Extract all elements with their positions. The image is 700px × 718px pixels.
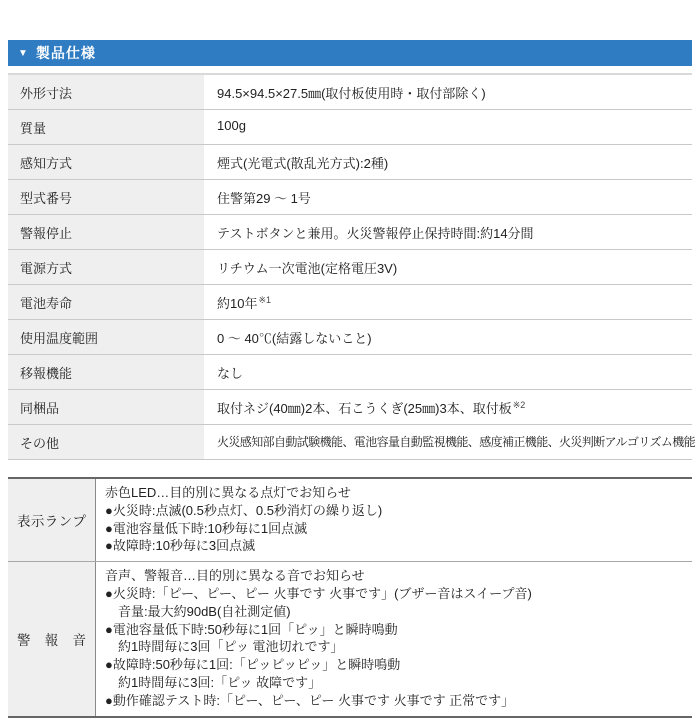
- spec-value: 100g: [204, 110, 692, 144]
- spec-value-text: 取付ネジ(40㎜)2本、石こうくぎ(25㎜)3本、取付板: [217, 401, 512, 416]
- spec-table: 外形寸法 94.5×94.5×27.5㎜(取付板使用時・取付部除く) 質量 10…: [8, 73, 692, 460]
- spec-label: 使用温度範囲: [8, 320, 204, 354]
- table-row-alarm-sound: 警報音 音声、警報音…目的別に異なる音でお知らせ ●火災時:「ピー、ピー、ピー …: [8, 561, 692, 715]
- table-row-other-functions: その他 火災感知部自動試験機能、電池容量自動監視機能、感度補正機能、火災判断アル…: [8, 425, 692, 460]
- detail-line: ●電池容量低下時:50秒毎に1回「ピッ」と瞬時鳴動: [105, 621, 688, 639]
- detail-content: 赤色LED…目的別に異なる点灯でお知らせ ●火災時:点滅(0.5秒点灯、0.5秒…: [96, 479, 692, 561]
- detail-content: 音声、警報音…目的別に異なる音でお知らせ ●火災時:「ピー、ピー、ピー 火事です…: [96, 562, 692, 715]
- spec-label: 外形寸法: [8, 75, 204, 109]
- table-row-temperature-range: 使用温度範囲 0 ～ 40℃(結露しないこと): [8, 320, 692, 355]
- table-row-detection-method: 感知方式 煙式(光電式(散乱光方式):2種): [8, 145, 692, 180]
- table-row-model-number: 型式番号 住警第29 ～ 1号: [8, 180, 692, 215]
- spec-label: 電源方式: [8, 250, 204, 284]
- product-spec-page: ▼ 製品仕様 外形寸法 94.5×94.5×27.5㎜(取付板使用時・取付部除く…: [0, 0, 700, 718]
- triangle-down-icon: ▼: [18, 48, 29, 59]
- detail-line: 約1時間毎に3回:「ピッ 故障です」: [105, 674, 688, 692]
- detail-label: 警報音: [8, 562, 96, 715]
- detail-line: ●故障時:50秒毎に1回:「ピッピッピッ」と瞬時鳴動: [105, 656, 688, 674]
- spec-label: 電池寿命: [8, 285, 204, 319]
- detail-line: 音量:最大約90dB(自社測定値): [105, 603, 688, 621]
- spec-label: 同梱品: [8, 390, 204, 424]
- spec-value: 94.5×94.5×27.5㎜(取付板使用時・取付部除く): [204, 75, 692, 109]
- table-row-battery-life: 電池寿命 約10年※1: [8, 285, 692, 320]
- table-row-indicator-lamp: 表示ランプ 赤色LED…目的別に異なる点灯でお知らせ ●火災時:点滅(0.5秒点…: [8, 479, 692, 561]
- spec-value-text: 約10年: [217, 296, 257, 311]
- table-row-power-supply: 電源方式 リチウム一次電池(定格電圧3V): [8, 250, 692, 285]
- spec-value: 火災感知部自動試験機能、電池容量自動監視機能、感度補正機能、火災判断アルゴリズム…: [204, 425, 699, 459]
- detail-line: 音声、警報音…目的別に異なる音でお知らせ: [105, 567, 688, 585]
- table-row-included-items: 同梱品 取付ネジ(40㎜)2本、石こうくぎ(25㎜)3本、取付板※2: [8, 390, 692, 425]
- spec-value: 取付ネジ(40㎜)2本、石こうくぎ(25㎜)3本、取付板※2: [204, 390, 692, 424]
- detail-label: 表示ランプ: [8, 479, 96, 561]
- footnote-marker-1: ※1: [258, 295, 271, 305]
- section-header-product-spec[interactable]: ▼ 製品仕様: [8, 40, 692, 66]
- spec-value: 煙式(光電式(散乱光方式):2種): [204, 145, 692, 179]
- detail-line: ●火災時:点滅(0.5秒点灯、0.5秒消灯の繰り返し): [105, 502, 688, 520]
- spec-label: 質量: [8, 110, 204, 144]
- detail-line: ●火災時:「ピー、ピー、ピー 火事です 火事です」(ブザー音はスイープ音): [105, 585, 688, 603]
- spec-label: 型式番号: [8, 180, 204, 214]
- section-title: 製品仕様: [36, 43, 96, 63]
- table-row-alarm-stop: 警報停止 テストボタンと兼用。火災警報停止保持時間:約14分間: [8, 215, 692, 250]
- spec-value: リチウム一次電池(定格電圧3V): [204, 250, 692, 284]
- spec-label: 移報機能: [8, 355, 204, 389]
- detail-line: ●動作確認テスト時:「ピー、ピー、ピー 火事です 火事です 正常です」: [105, 692, 688, 710]
- table-row-relay-function: 移報機能 なし: [8, 355, 692, 390]
- spec-label: 警報停止: [8, 215, 204, 249]
- table-row-mass: 質量 100g: [8, 110, 692, 145]
- detail-label-text: 警報音: [17, 629, 86, 649]
- spec-value: 0 ～ 40℃(結露しないこと): [204, 320, 692, 354]
- detail-label-text: 表示ランプ: [17, 510, 86, 530]
- spec-value: なし: [204, 355, 692, 389]
- footnote-marker-2: ※2: [513, 400, 526, 410]
- detail-line: ●電池容量低下時:10秒毎に1回点滅: [105, 520, 688, 538]
- table-row-dimensions: 外形寸法 94.5×94.5×27.5㎜(取付板使用時・取付部除く): [8, 75, 692, 110]
- detail-line: 赤色LED…目的別に異なる点灯でお知らせ: [105, 484, 688, 502]
- spec-value: テストボタンと兼用。火災警報停止保持時間:約14分間: [204, 215, 692, 249]
- detail-table: 表示ランプ 赤色LED…目的別に異なる点灯でお知らせ ●火災時:点滅(0.5秒点…: [8, 477, 692, 718]
- detail-line: 約1時間毎に3回「ピッ 電池切れです」: [105, 638, 688, 656]
- detail-line: ●故障時:10秒毎に3回点滅: [105, 537, 688, 555]
- spec-value: 住警第29 ～ 1号: [204, 180, 692, 214]
- spec-label: その他: [8, 425, 204, 459]
- spec-label: 感知方式: [8, 145, 204, 179]
- spec-value: 約10年※1: [204, 285, 692, 319]
